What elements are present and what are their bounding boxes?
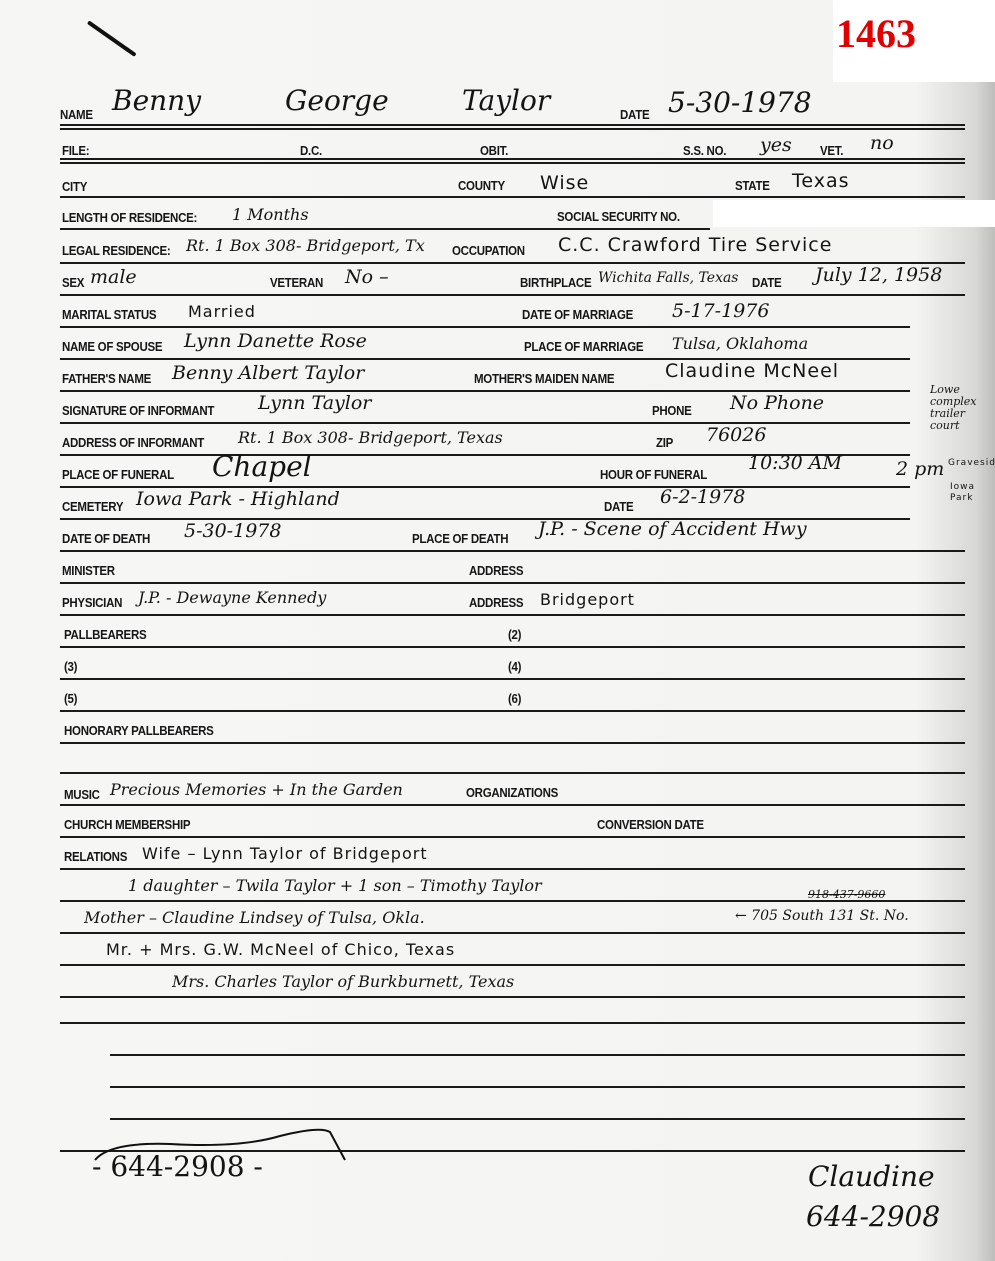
zip-label: ZIP [656, 436, 673, 450]
minister-address-label: ADDRESS [469, 564, 523, 578]
physician-value: J.P. - Dewayne Kennedy [138, 588, 326, 607]
cemetery-label: CEMETERY [62, 500, 123, 514]
date-of-death-label: DATE OF DEATH [62, 532, 150, 546]
vet-value: no [870, 132, 894, 154]
rule-pallbearers-3 [60, 710, 965, 712]
pen-slash-mark [87, 20, 137, 57]
rule-relations-6 [60, 1022, 965, 1024]
phone-value: No Phone [730, 392, 824, 414]
informant-address-value: Rt. 1 Box 308- Bridgeport, Texas [238, 428, 503, 447]
rule-relations-7 [110, 1054, 965, 1056]
state-label: STATE [735, 179, 770, 193]
veteran-label: VETERAN [270, 276, 323, 290]
rule-minister [60, 582, 965, 584]
graveside-note: Graveside [948, 458, 995, 468]
rule-city [60, 196, 965, 198]
rule-relations-3 [60, 932, 965, 934]
date-of-marriage-value: 5-17-1976 [672, 300, 769, 322]
veteran-value: No – [345, 266, 389, 288]
cemetery-date-value: 6-2-1978 [660, 486, 745, 508]
mother-address-note: ← 705 South 131 St. No. [735, 908, 909, 924]
zip-value: 76026 [706, 424, 766, 446]
legal-residence-label: LEGAL RESIDENCE: [62, 244, 170, 258]
county-label: COUNTY [458, 179, 505, 193]
state-value: Texas [792, 170, 850, 192]
place-of-marriage-label: PLACE OF MARRIAGE [524, 340, 643, 354]
birth-date-label: DATE [752, 276, 781, 290]
rule-church [60, 836, 965, 838]
church-membership-label: CHURCH MEMBERSHIP [64, 818, 190, 832]
bottom-right-name: Claudine [808, 1160, 935, 1193]
file-label: FILE: [62, 144, 89, 158]
spouse-value: Lynn Danette Rose [184, 330, 367, 352]
pallbearer-3-label: (3) [64, 660, 77, 674]
rule-pallbearers-1 [60, 646, 965, 648]
rule-relations-1 [60, 868, 965, 870]
informant-signature-label: SIGNATURE OF INFORMANT [62, 404, 214, 418]
rule-relations-2 [60, 900, 965, 902]
rule-informant [60, 422, 910, 424]
bottom-left-phone: - 644-2908 - [92, 1150, 263, 1183]
hour-of-funeral-label: HOUR OF FUNERAL [600, 468, 707, 482]
spouse-label: NAME OF SPOUSE [62, 340, 162, 354]
relation-line-1: Wife – Lynn Taylor of Bridgeport [142, 844, 428, 863]
trailer-court-note: Lowe complex trailer court [930, 384, 990, 432]
music-label: MUSIC [64, 788, 100, 802]
date-value: 5-30-1978 [668, 86, 812, 119]
relation-line-3: Mother – Claudine Lindsey of Tulsa, Okla… [84, 908, 425, 927]
length-of-residence-label: LENGTH OF RESIDENCE: [62, 211, 197, 225]
date-of-death-value: 5-30-1978 [184, 520, 281, 542]
rule-relations-9 [110, 1118, 965, 1120]
place-of-marriage-value: Tulsa, Oklahoma [672, 334, 808, 353]
hour-of-funeral-extra: 2 pm [896, 458, 944, 480]
place-of-death-label: PLACE OF DEATH [412, 532, 508, 546]
bottom-right-phone: 644-2908 [806, 1200, 940, 1233]
father-name-value: Benny Albert Taylor [172, 362, 364, 384]
rule-physician [60, 614, 965, 616]
marital-status-value: Married [188, 302, 256, 321]
rule-music [60, 804, 965, 806]
pallbearer-6-label: (6) [508, 692, 521, 706]
rule-file [60, 158, 965, 160]
funeral-record-form: 1463 NAME Benny George Taylor DATE 5-30-… [0, 0, 995, 1261]
rule-marital [60, 326, 910, 328]
relation-line-5: Mrs. Charles Taylor of Burkburnett, Texa… [172, 972, 514, 991]
vet-label: VET. [820, 144, 843, 158]
pallbearer-2-label: (2) [508, 628, 521, 642]
occupation-label: OCCUPATION [452, 244, 525, 258]
ssn-redaction [713, 200, 995, 227]
rule-death [60, 550, 965, 552]
physician-address-label: ADDRESS [469, 596, 523, 610]
place-of-funeral-label: PLACE OF FUNERAL [62, 468, 174, 482]
physician-label: PHYSICIAN [62, 596, 122, 610]
marital-status-label: MARITAL STATUS [62, 308, 156, 322]
father-name-label: FATHER'S NAME [62, 372, 151, 386]
date-of-marriage-label: DATE OF MARRIAGE [522, 308, 633, 322]
honorary-pallbearers-label: HONORARY PALLBEARERS [64, 724, 214, 738]
occupation-value: C.C. Crawford Tire Service [558, 234, 832, 256]
rule-honorary-2 [60, 772, 965, 774]
birthplace-value: Wichita Falls, Texas [598, 270, 739, 286]
rule-sex [60, 294, 965, 296]
informant-address-label: ADDRESS OF INFORMANT [62, 436, 204, 450]
pallbearer-4-label: (4) [508, 660, 521, 674]
conversion-date-label: CONVERSION DATE [597, 818, 704, 832]
place-of-funeral-value: Chapel [212, 450, 312, 483]
rule-pallbearers-2 [60, 678, 965, 680]
date-label: DATE [620, 108, 649, 122]
birth-date-value: July 12, 1958 [815, 264, 942, 286]
organizations-label: ORGANIZATIONS [466, 786, 558, 800]
name-last-value: Taylor [462, 84, 550, 117]
legal-residence-value: Rt. 1 Box 308- Bridgeport, Tx [186, 236, 425, 255]
social-security-label: SOCIAL SECURITY NO. [557, 210, 680, 224]
iowa-park-note: Iowa Park [950, 482, 990, 504]
rule-relations-4 [60, 964, 965, 966]
ssno-label: S.S. NO. [683, 144, 726, 158]
birthplace-label: BIRTHPLACE [520, 276, 591, 290]
obit-label: OBIT. [480, 144, 508, 158]
length-of-residence-value: 1 Months [232, 205, 309, 224]
relation-line-4: Mr. + Mrs. G.W. McNeel of Chico, Texas [106, 940, 455, 959]
rule-honorary-1 [60, 742, 965, 744]
sex-label: SEX [62, 276, 84, 290]
informant-signature-value: Lynn Taylor [258, 392, 371, 414]
mother-maiden-name-value: Claudine McNeel [665, 360, 839, 382]
relations-label: RELATIONS [64, 850, 127, 864]
rule-length [60, 228, 710, 230]
music-value: Precious Memories + In the Garden [110, 780, 403, 799]
hour-of-funeral-value: 10:30 AM [748, 452, 842, 474]
pallbearers-label: PALLBEARERS [64, 628, 146, 642]
name-first-value: Benny [112, 84, 201, 117]
mother-maiden-name-label: MOTHER'S MAIDEN NAME [474, 372, 614, 386]
city-label: CITY [62, 180, 87, 194]
rule-name [60, 124, 965, 126]
rule-relations-5 [60, 996, 965, 998]
cemetery-date-label: DATE [604, 500, 633, 514]
record-number: 1463 [836, 10, 916, 57]
county-value: Wise [540, 172, 589, 194]
phone-label: PHONE [652, 404, 692, 418]
place-of-death-value: J.P. - Scene of Accident Hwy [538, 518, 807, 540]
physician-address-value: Bridgeport [540, 590, 635, 609]
dc-label: D.C. [300, 144, 322, 158]
name-middle-value: George [285, 84, 389, 117]
minister-label: MINISTER [62, 564, 115, 578]
relation-line-2: 1 daughter – Twila Taylor + 1 son – Timo… [128, 876, 542, 895]
pallbearer-5-label: (5) [64, 692, 77, 706]
rule-relations-8 [110, 1086, 965, 1088]
name-label: NAME [60, 108, 93, 122]
ssno-value: yes [760, 134, 792, 156]
cemetery-value: Iowa Park - Highland [136, 488, 340, 510]
sex-value: male [90, 266, 137, 288]
